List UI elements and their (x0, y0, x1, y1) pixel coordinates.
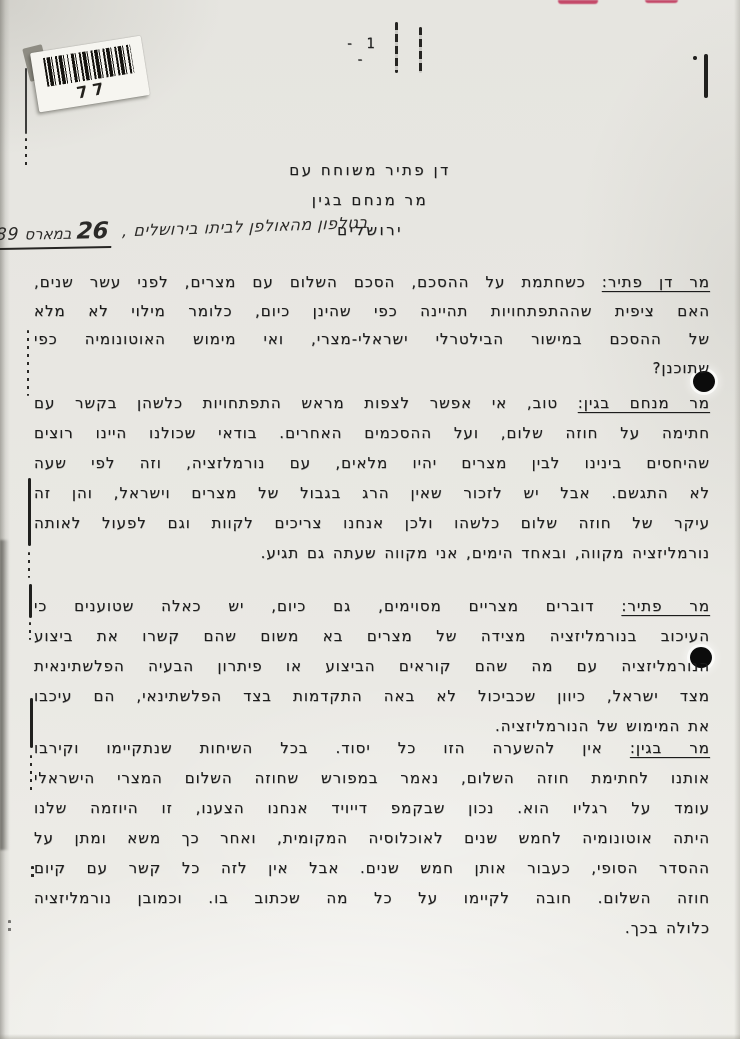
paragraph-3: מר פתיר: דוברים מצריים מסוימים, גם כיום,… (34, 591, 710, 741)
left-page-edge-shadow-strong (0, 540, 9, 850)
text-line: מר בגין: אין להשערה הזו כל יסוד. בכל השי… (34, 733, 710, 763)
paragraph-2: מר מנחם בגין: טוב, אי אפשר לצפות מראש הת… (34, 388, 710, 568)
text-line: הנורמליזציה עם מה שהם קוראים הביצוע או פ… (34, 651, 710, 681)
margin-mark (29, 622, 31, 640)
text-line: שהיחסים בינינו לבין מצרים יהיו מלאים, עם… (34, 448, 710, 478)
margin-mark (30, 755, 32, 795)
text-line: עיקר של חוזה שלום כלשהו ולכן אנחנו צריכי… (34, 508, 710, 538)
speaker-label: מר פתיר: (621, 597, 710, 615)
margin-mark (8, 920, 11, 932)
margin-mark (29, 584, 32, 618)
speaker-label: מר דן פתיר: (602, 273, 710, 291)
document-body: מר דן פתיר: כשחתמת על ההסכם, הסכם השלום … (34, 0, 710, 1039)
margin-mark (28, 552, 30, 578)
text-line: מצד ישראל, כיוון שכביכול לא באה התקדמות … (34, 681, 710, 711)
text-line: לא התגשם. אבל יש לזכור שאין הרג בגבול של… (34, 478, 710, 508)
handwritten-date-year: 1989 (0, 225, 19, 246)
text-line: ההסדר הסופי, כעבור אותן חמש שנים. אבל אי… (34, 853, 710, 883)
text-line: של ההסכם במישור הבילטרלי ישראלי-מצרי, וא… (34, 325, 710, 354)
speaker-label: מר מנחם בגין: (578, 394, 710, 412)
text-line: אותנו לחתימת חוזה השלום, נאמר במפורש שחו… (34, 763, 710, 793)
margin-mark (27, 330, 29, 396)
text-line: היתה אוטונומיה לחמש שנים לאוכלוסיה המקומ… (34, 823, 710, 853)
margin-mark (28, 478, 31, 546)
text-line: מר דן פתיר: כשחתמת על ההסכם, הסכם השלום … (34, 268, 710, 297)
text-line: מר פתיר: דוברים מצריים מסוימים, גם כיום,… (34, 591, 710, 621)
text-line: מר מנחם בגין: טוב, אי אפשר לצפות מראש הת… (34, 388, 710, 418)
speaker-label: מר בגין: (630, 739, 710, 757)
margin-mark (30, 698, 33, 748)
text-line: חוזה השלום. חובה לקיימו על כל מה שכתוב ב… (34, 883, 710, 913)
right-page-edge-shadow (734, 0, 740, 1039)
margin-mark (25, 138, 27, 166)
text-line: העיכוב בנורמליזציה מצידה של מצרים בא משו… (34, 621, 710, 651)
text-line: שתוכנן? (34, 354, 710, 383)
text-line: עומד על רגליו הוא. נכון שבקמפ דייויד אנח… (34, 793, 710, 823)
paragraph-4: מר בגין: אין להשערה הזו כל יסוד. בכל השי… (34, 733, 710, 943)
margin-mark (25, 68, 27, 134)
text-line: חתימה על חוזה שלום, ועל ההסכמים האחרים. … (34, 418, 710, 448)
left-page-edge-shadow (0, 0, 10, 1039)
text-line: האם ציפית שההתפתחויות תהיינה כפי שהינן כ… (34, 297, 710, 326)
text-line: כלולה בכך. (34, 913, 710, 943)
scanned-document-page: 77 - 1 - דן פתיר משוחח עםמר מנחם בגיןירו… (0, 0, 740, 1039)
text-line: נורמליזציה מקווה, ובאחד הימים, אני מקווה… (34, 538, 710, 568)
paragraph-1: מר דן פתיר: כשחתמת על ההסכם, הסכם השלום … (34, 268, 710, 382)
